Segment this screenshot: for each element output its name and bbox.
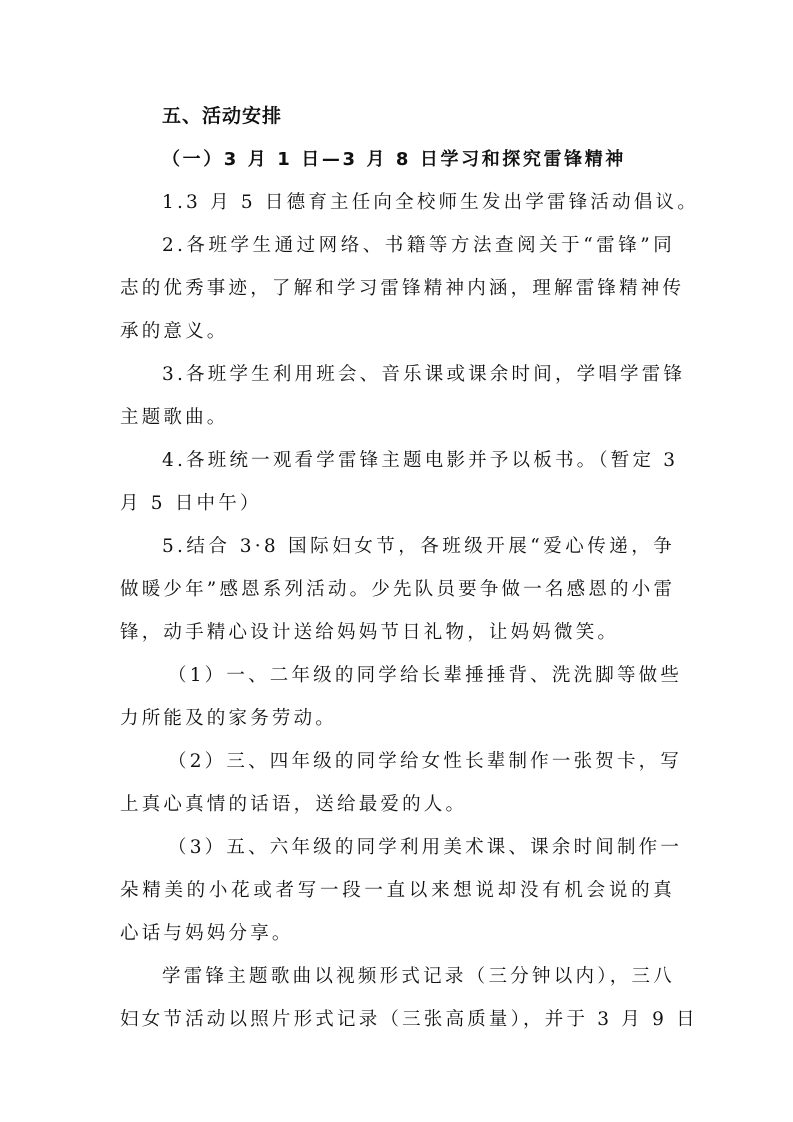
paragraph-line: 4.各班统一观看学雷锋主题电影并予以板书。（暂定 3 — [162, 449, 675, 473]
paragraph-line: （3）五、六年级的同学利用美术课、课余时间制作一 — [168, 836, 675, 860]
paragraph-line: 力所能及的家务劳动。 — [120, 707, 675, 731]
paragraph-line: 上真心真情的话语，送给最爱的人。 — [120, 793, 675, 817]
paragraph-line: 心话与妈妈分享。 — [120, 922, 675, 946]
document-page: 五、活动安排 （一）3 月 1 日—3 月 8 日学习和探究雷锋精神 1.3 月… — [0, 0, 793, 1122]
paragraph-line: 2.各班学生通过网络、书籍等方法查阅关于“雷锋”同 — [162, 234, 675, 258]
paragraph-line: 朵精美的小花或者写一段一直以来想说却没有机会说的真 — [120, 879, 675, 903]
paragraph-line: 承的意义。 — [120, 320, 675, 344]
paragraph-line: 志的优秀事迹，了解和学习雷锋精神内涵，理解雷锋精神传 — [120, 277, 675, 301]
paragraph-line: （1）一、二年级的同学给长辈捶捶背、洗洗脚等做些 — [168, 664, 675, 688]
section-heading: 五、活动安排 — [162, 104, 717, 128]
paragraph-line: 做暖少年”感恩系列活动。少先队员要争做一名感恩的小雷 — [120, 578, 675, 602]
paragraph-line: （2）三、四年级的同学给女性长辈制作一张贺卡，写 — [168, 750, 675, 774]
paragraph-line: 妇女节活动以照片形式记录（三张高质量），并于 3 月 9 日 — [120, 1008, 675, 1032]
paragraph-line: 学雷锋主题歌曲以视频形式记录（三分钟以内），三八 — [162, 965, 675, 989]
paragraph-line: 月 5 日中午） — [120, 492, 675, 516]
paragraph-line: 1.3 月 5 日德育主任向全校师生发出学雷锋活动倡议。 — [162, 191, 675, 215]
paragraph-line: 5.结合 3·8 国际妇女节，各班级开展“爱心传递，争 — [162, 535, 675, 559]
subsection-heading: （一）3 月 1 日—3 月 8 日学习和探究雷锋精神 — [162, 148, 717, 172]
paragraph-line: 主题歌曲。 — [120, 406, 675, 430]
paragraph-line: 锋，动手精心设计送给妈妈节日礼物，让妈妈微笑。 — [120, 621, 675, 645]
paragraph-line: 3.各班学生利用班会、音乐课或课余时间，学唱学雷锋 — [162, 363, 675, 387]
